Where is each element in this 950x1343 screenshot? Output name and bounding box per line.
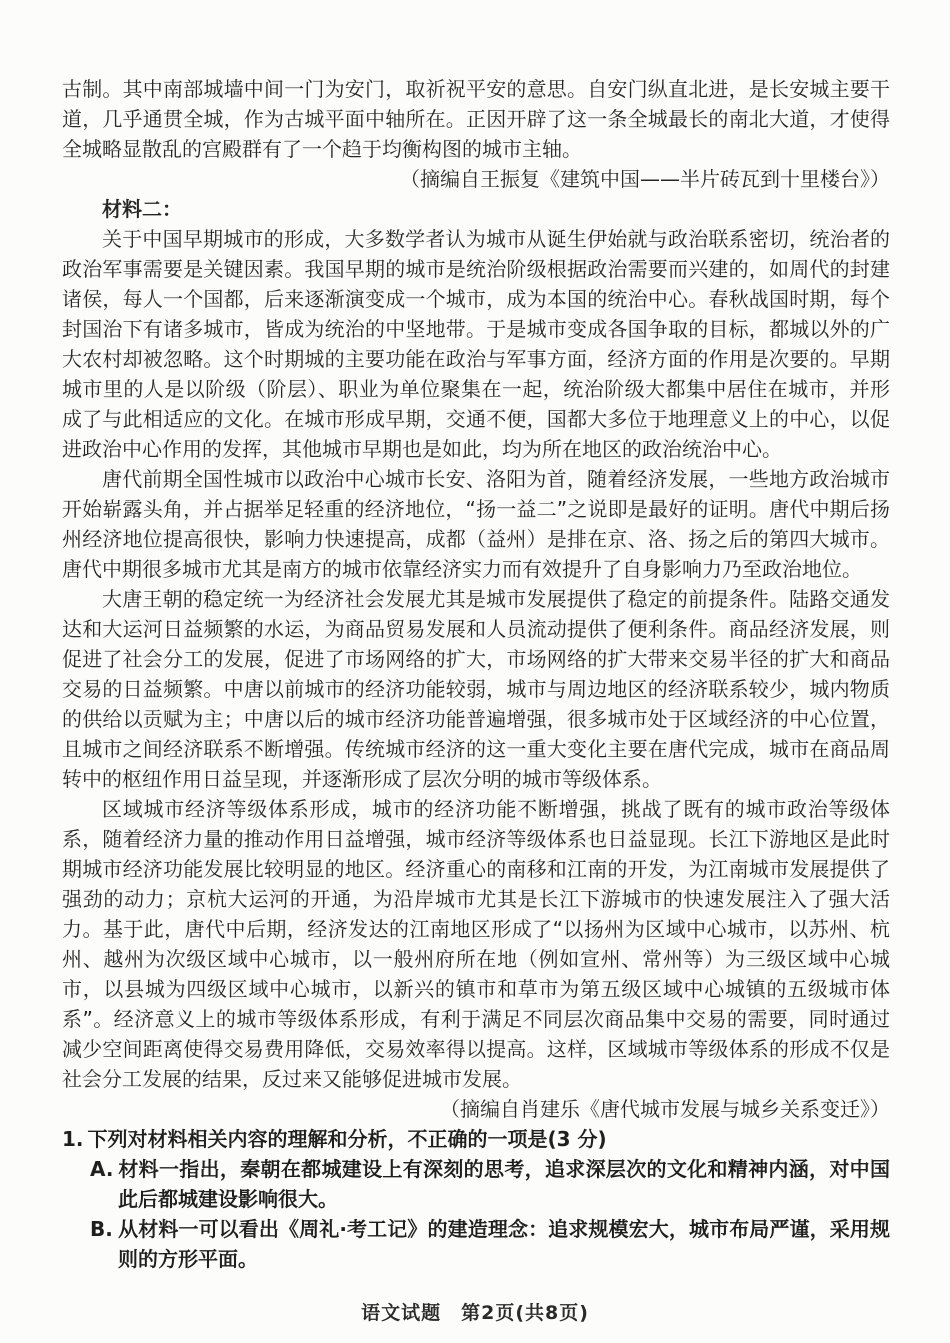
- exam-paper-page: 古制。其中南部城墙中间一门为安门，取祈祝平安的意思。自安门纵直北进，是长安城主要…: [0, 0, 950, 1343]
- material-two-paragraph-2: 唐代前期全国性城市以政治中心城市长安、洛阳为首，随着经济发展，一些地方政治城市开…: [62, 464, 890, 584]
- material-two-heading: 材料二：: [62, 194, 890, 224]
- material-one-source-attribution: （摘编自王振复《建筑中国——半片砖瓦到十里楼台》）: [62, 164, 890, 194]
- option-a-label: A.: [90, 1154, 118, 1184]
- option-b-label: B.: [90, 1214, 118, 1244]
- question-1-number: 1.: [62, 1127, 84, 1151]
- option-a-text: 材料一指出，秦朝在都城建设上有深刻的思考，追求深层次的文化和精神内涵，对中国此后…: [118, 1157, 890, 1211]
- question-1-option-a: A.材料一指出，秦朝在都城建设上有深刻的思考，追求深层次的文化和精神内涵，对中国…: [62, 1154, 890, 1214]
- question-1-option-b: B.从材料一可以看出《周礼·考工记》的建造理念：追求规模宏大，城市布局严谨，采用…: [62, 1214, 890, 1274]
- question-1-stem: 1.下列对材料相关内容的理解和分析，不正确的一项是(3 分): [62, 1124, 890, 1154]
- material-two-paragraph-3: 大唐王朝的稳定统一为经济社会发展尤其是城市发展提供了稳定的前提条件。陆路交通发达…: [62, 584, 890, 794]
- question-1: 1.下列对材料相关内容的理解和分析，不正确的一项是(3 分) A.材料一指出，秦…: [62, 1124, 890, 1274]
- option-b-text: 从材料一可以看出《周礼·考工记》的建造理念：追求规模宏大，城市布局严谨，采用规则…: [118, 1217, 890, 1271]
- material-two-paragraph-4: 区域城市经济等级体系形成，城市的经济功能不断增强，挑战了既有的城市政治等级体系，…: [62, 794, 890, 1094]
- page-footer: 语文试题 第2页(共8页): [0, 1298, 950, 1325]
- paragraph-continuation-material-one: 古制。其中南部城墙中间一门为安门，取祈祝平安的意思。自安门纵直北进，是长安城主要…: [62, 74, 890, 164]
- question-1-stem-text: 下列对材料相关内容的理解和分析，不正确的一项是(3 分): [88, 1127, 607, 1151]
- material-two-source-attribution: （摘编自肖建乐《唐代城市发展与城乡关系变迁》）: [62, 1094, 890, 1124]
- material-two-paragraph-1: 关于中国早期城市的形成，大多数学者认为城市从诞生伊始就与政治联系密切，统治者的政…: [62, 224, 890, 464]
- page-body: 古制。其中南部城墙中间一门为安门，取祈祝平安的意思。自安门纵直北进，是长安城主要…: [62, 74, 890, 1274]
